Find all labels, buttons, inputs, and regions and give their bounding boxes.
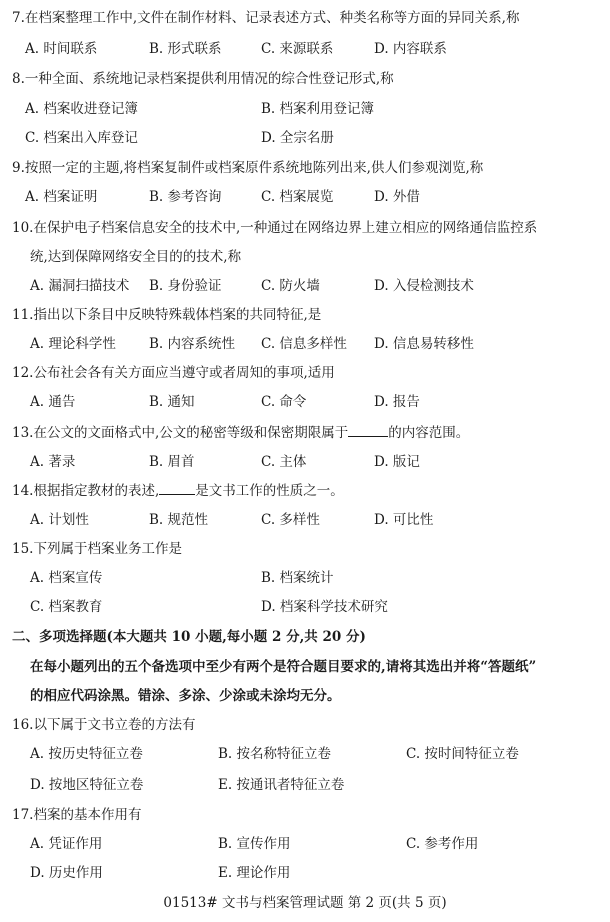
option-c: C. 参考作用 bbox=[406, 835, 478, 853]
option-a: A. 档案证明 bbox=[25, 188, 97, 206]
option-c: C. 按时间特征立卷 bbox=[406, 745, 519, 763]
option-d: D. 内容联系 bbox=[374, 40, 447, 58]
option-b: B. 身份验证 bbox=[149, 277, 222, 295]
question-number: 13. bbox=[12, 425, 33, 441]
option-a: A. 按历史特征立卷 bbox=[30, 745, 143, 763]
section-instruction-line1: 在每小题列出的五个备选项中至少有两个是符合题目要求的,请将其选出并将“答题纸” bbox=[30, 658, 536, 676]
question-15-stem: 15.下列属于档案业务工作是 bbox=[12, 540, 182, 558]
question-text: 在保护电子档案信息安全的技术中,一种通过在网络边界上建立相应的网络通信监控系 bbox=[33, 220, 537, 236]
question-text-after: 的内容范围。 bbox=[388, 425, 469, 441]
option-b: B. 按名称特征立卷 bbox=[218, 745, 331, 763]
fill-in-blank bbox=[348, 424, 388, 437]
option-b: B. 参考咨询 bbox=[149, 188, 222, 206]
question-number: 10. bbox=[12, 220, 33, 236]
option-b: B. 档案利用登记簿 bbox=[261, 100, 374, 118]
option-d: D. 版记 bbox=[374, 453, 420, 471]
option-c: C. 档案展览 bbox=[261, 188, 333, 206]
question-number: 12. bbox=[12, 365, 33, 381]
option-c: C. 多样性 bbox=[261, 511, 320, 529]
option-a: A. 计划性 bbox=[30, 511, 89, 529]
option-d: D. 外借 bbox=[374, 188, 420, 206]
question-text: 以下属于文书立卷的方法有 bbox=[33, 717, 195, 733]
question-17-stem: 17.档案的基本作用有 bbox=[12, 806, 141, 824]
question-12-stem: 12.公布社会各有关方面应当遵守或者周知的事项,适用 bbox=[12, 364, 335, 382]
option-a: A. 著录 bbox=[30, 453, 75, 471]
option-c: C. 来源联系 bbox=[261, 40, 333, 58]
question-number: 11. bbox=[12, 307, 33, 323]
question-14-stem: 14.根据指定教材的表述,是文书工作的性质之一。 bbox=[12, 482, 344, 500]
option-e: E. 理论作用 bbox=[218, 864, 290, 882]
question-number: 8. bbox=[12, 71, 25, 87]
question-text: 公布社会各有关方面应当遵守或者周知的事项,适用 bbox=[33, 365, 334, 381]
option-a: A. 漏洞扫描技术 bbox=[30, 277, 129, 295]
question-number: 9. bbox=[12, 160, 25, 176]
page-footer: 01513# 文书与档案管理试题 第 2 页(共 5 页) bbox=[0, 894, 610, 912]
option-a: A. 凭证作用 bbox=[30, 835, 102, 853]
question-number: 14. bbox=[12, 483, 33, 499]
option-d: D. 报告 bbox=[374, 393, 420, 411]
option-a: A. 通告 bbox=[30, 393, 75, 411]
question-text: 在公文的文面格式中,公文的秘密等级和保密期限属于 bbox=[33, 425, 348, 441]
option-d: D. 档案科学技术研究 bbox=[261, 598, 388, 616]
question-10-stem-cont: 统,达到保障网络安全目的的技术,称 bbox=[30, 248, 241, 266]
question-number: 7. bbox=[12, 10, 25, 26]
option-b: B. 宣传作用 bbox=[218, 835, 291, 853]
section-heading: 二、多项选择题(本大题共 10 小题,每小题 2 分,共 20 分) bbox=[12, 628, 366, 646]
question-text: 下列属于档案业务工作是 bbox=[33, 541, 182, 557]
question-text: 指出以下条目中反映特殊载体档案的共同特征,是 bbox=[33, 307, 321, 323]
fill-in-blank bbox=[159, 482, 195, 495]
section-instruction-line2: 的相应代码涂黑。错涂、多涂、少涂或未涂均无分。 bbox=[30, 687, 341, 705]
option-d: D. 按地区特征立卷 bbox=[30, 776, 143, 794]
question-8-stem: 8.一种全面、系统地记录档案提供利用情况的综合性登记形式,称 bbox=[12, 70, 394, 88]
option-d: D. 入侵检测技术 bbox=[374, 277, 474, 295]
option-d: D. 历史作用 bbox=[30, 864, 103, 882]
question-text-after: 是文书工作的性质之一。 bbox=[195, 483, 344, 499]
question-number: 16. bbox=[12, 717, 33, 733]
option-c: C. 信息多样性 bbox=[261, 335, 347, 353]
option-d: D. 可比性 bbox=[374, 511, 433, 529]
option-e: E. 按通讯者特征立卷 bbox=[218, 776, 344, 794]
option-a: A. 档案宣传 bbox=[30, 569, 102, 587]
question-text: 在档案整理工作中,文件在制作材料、记录表述方式、种类名称等方面的异同关系,称 bbox=[25, 10, 520, 26]
question-9-stem: 9.按照一定的主题,将档案复制件或档案原件系统地陈列出来,供人们参观浏览,称 bbox=[12, 159, 483, 177]
option-c: C. 档案教育 bbox=[30, 598, 102, 616]
question-text: 档案的基本作用有 bbox=[33, 807, 141, 823]
question-text: 按照一定的主题,将档案复制件或档案原件系统地陈列出来,供人们参观浏览,称 bbox=[25, 160, 483, 176]
question-10-stem: 10.在保护电子档案信息安全的技术中,一种通过在网络边界上建立相应的网络通信监控… bbox=[12, 219, 537, 237]
question-13-stem: 13.在公文的文面格式中,公文的秘密等级和保密期限属于的内容范围。 bbox=[12, 424, 469, 442]
option-a: A. 理论科学性 bbox=[30, 335, 116, 353]
option-a: A. 档案收进登记簿 bbox=[25, 100, 138, 118]
question-16-stem: 16.以下属于文书立卷的方法有 bbox=[12, 716, 195, 734]
option-b: B. 档案统计 bbox=[261, 569, 334, 587]
question-number: 17. bbox=[12, 807, 33, 823]
option-d: D. 全宗名册 bbox=[261, 129, 334, 147]
question-11-stem: 11.指出以下条目中反映特殊载体档案的共同特征,是 bbox=[12, 306, 321, 324]
question-text: 一种全面、系统地记录档案提供利用情况的综合性登记形式,称 bbox=[25, 71, 394, 87]
question-number: 15. bbox=[12, 541, 33, 557]
option-a: A. 时间联系 bbox=[25, 40, 97, 58]
option-b: B. 通知 bbox=[149, 393, 195, 411]
option-c: C. 命令 bbox=[261, 393, 306, 411]
question-7-stem: 7.在档案整理工作中,文件在制作材料、记录表述方式、种类名称等方面的异同关系,称 bbox=[12, 9, 519, 27]
question-text: 根据指定教材的表述, bbox=[33, 483, 159, 499]
option-d: D. 信息易转移性 bbox=[374, 335, 474, 353]
option-c: C. 主体 bbox=[261, 453, 306, 471]
option-b: B. 内容系统性 bbox=[149, 335, 235, 353]
option-c: C. 档案出入库登记 bbox=[25, 129, 138, 147]
option-b: B. 形式联系 bbox=[149, 40, 222, 58]
option-c: C. 防火墙 bbox=[261, 277, 320, 295]
option-b: B. 规范性 bbox=[149, 511, 208, 529]
option-b: B. 眉首 bbox=[149, 453, 195, 471]
